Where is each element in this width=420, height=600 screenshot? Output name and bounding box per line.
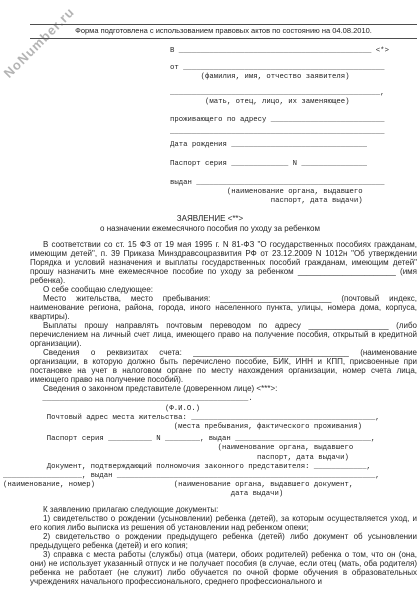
body-paragraphs: В соответствии со ст. 15 ФЗ от 19 мая 19… [30, 240, 417, 393]
document-page: NoNumber.ru Форма подготовлена с использ… [0, 0, 420, 600]
rep-passport-caption2: паспорт, дата выдачи) [3, 454, 420, 463]
document-subtitle: о назначении ежемесячного пособия по ухо… [0, 224, 420, 234]
passport-line: Паспорт серия _____________ N __________… [170, 160, 420, 169]
document-content: Форма подготовлена с использованием прав… [0, 24, 420, 586]
addressee-to-line: В ______________________________________… [170, 47, 420, 56]
attachment-item-3: 3) справка с места работы (службы) отца … [30, 550, 417, 586]
rep-address-line: Почтовый адрес места жительства: _______… [3, 414, 420, 423]
passport-issued-caption2: паспорт, дата выдачи) [170, 197, 420, 206]
residence-paragraph: Место жительства, место пребывания: ____… [30, 294, 417, 321]
residence-line: проживающего по адресу _________________… [170, 116, 420, 125]
addressee-cont-line: ________________________________________… [170, 89, 420, 98]
residence-cont-line: ________________________________________… [170, 128, 420, 137]
attachment-item-2: 2) свидетельство о рождении предыдущего … [30, 532, 417, 550]
prepared-note: Форма подготовлена с использованием прав… [30, 24, 417, 39]
attachments-intro: К заявлению прилагаю следующие документы… [30, 505, 417, 514]
attachments-section: К заявлению прилагаю следующие документы… [30, 505, 417, 586]
passport-issued-line: выдан __________________________________… [170, 179, 420, 188]
passport-issued-caption1: (наименование органа, выдавшего [170, 188, 420, 197]
payment-paragraph: Выплаты прошу направлять почтовым перево… [30, 321, 417, 348]
intro-paragraph: В соответствии со ст. 15 ФЗ от 19 мая 19… [30, 240, 417, 285]
rep-passport-caption1: (наименование органа, выдавшего [3, 444, 420, 453]
about-self-line: О себе сообщаю следующее: [30, 285, 417, 294]
rep-authority-caption1: (наименование, номер) (наименование орга… [3, 481, 420, 490]
addressee-from-line: от _____________________________________… [170, 64, 420, 73]
rep-authority-caption2: дата выдачи) [3, 490, 420, 499]
rep-authority-line: Документ, подтверждающий полномочия зако… [3, 463, 420, 472]
rep-fio-line: ________________________________________… [3, 395, 420, 404]
document-title: ЗАЯВЛЕНИЕ <**> [0, 214, 420, 224]
rep-fio-caption: (Ф.И.О.) [3, 405, 420, 414]
addressee-block: В ______________________________________… [170, 47, 420, 206]
attachment-item-1: 1) свидетельство о рождении (усыновлении… [30, 514, 417, 532]
rep-authority-cont: __________________, выдан ______________… [3, 472, 420, 481]
rep-passport-line: Паспорт серия __________ N ________, выд… [3, 435, 420, 444]
account-paragraph: Сведения о реквизитах счета: ___________… [30, 348, 417, 384]
rep-address-caption: (места пребывания, фактического проживан… [3, 423, 420, 432]
addressee-from-caption: (фамилия, имя, отчество заявителя) [170, 73, 420, 82]
title-block: ЗАЯВЛЕНИЕ <**> о назначении ежемесячного… [0, 214, 420, 233]
representative-heading: Сведения о законном представителе (довер… [30, 384, 417, 393]
birthdate-line: Дата рождения __________________________… [170, 141, 420, 150]
representative-block: ________________________________________… [3, 395, 420, 499]
addressee-cont-caption: (мать, отец, лицо, их заменяющее) [170, 98, 420, 107]
